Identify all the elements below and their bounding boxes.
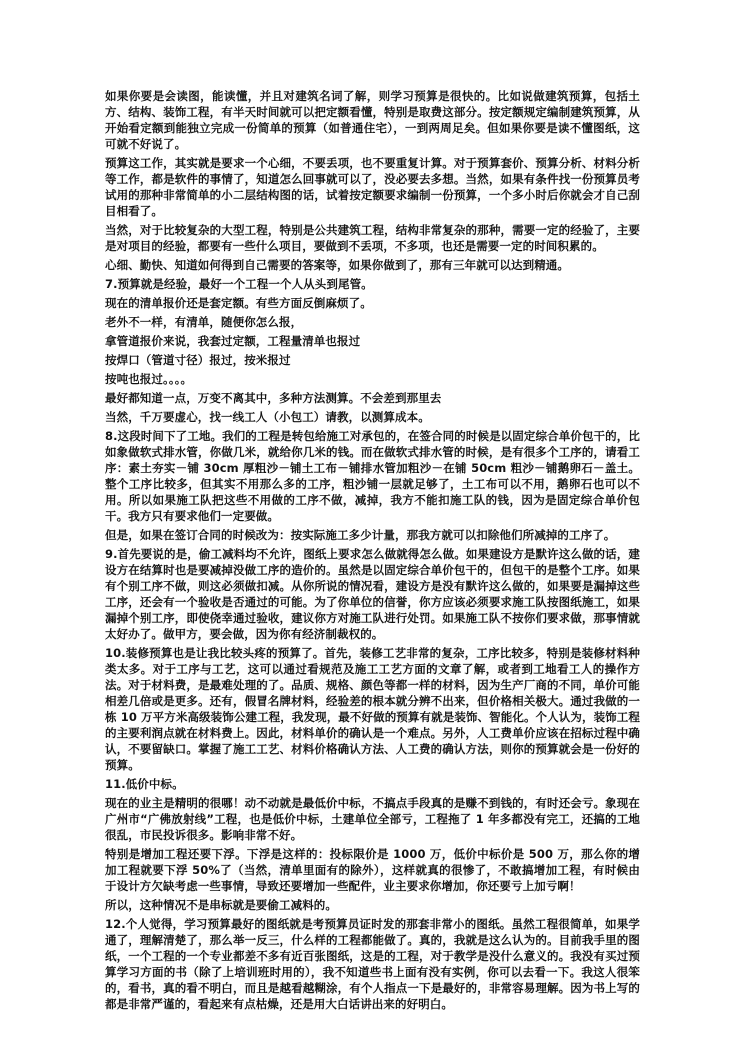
paragraph: 心细、勤快、知道如何得到自己需要的答案等，如果你做到了，那有三年就可以达到精通。: [105, 257, 640, 273]
paragraph: 现在的清单报价还是套定额。有些方面反倒麻烦了。: [105, 295, 640, 311]
paragraph: 如果你要是会读图，能读懂，并且对建筑名词了解，则学习预算是很快的。比如说做建筑预…: [105, 88, 640, 152]
paragraph: 所以，这种情况不是串标就是要偷工减料的。: [105, 897, 640, 913]
paragraph: 9.首先要说的是，偷工减料均不允许，图纸上要求怎么做就得怎么做。如果建设方是默许…: [105, 546, 640, 642]
paragraph: 11.低价中标。: [105, 776, 640, 792]
paragraph: 当然，对于比较复杂的大型工程，特别是公共建筑工程，结构非常复杂的那种，需要一定的…: [105, 222, 640, 254]
document-page: 如果你要是会读图，能读懂，并且对建筑名词了解，则学习预算是很快的。比如说做建筑预…: [0, 0, 744, 1052]
paragraph: 按焊口（管道寸径）报过，按米报过: [105, 352, 640, 368]
paragraph: 现在的业主是精明的很哪！动不动就是最低价中标，不搞点手段真的是赚不到钱的，有时还…: [105, 795, 640, 843]
paragraph: 当然，千万要虚心，找一线工人（小包工）请教，以测算成本。: [105, 409, 640, 425]
paragraph: 12.个人觉得，学习预算最好的图纸就是考预算员证时发的那套非常小的图纸。虽然工程…: [105, 916, 640, 1012]
paragraph: 但是，如果在签订合同的时候改为：按实际施工多少计量，那我方就可以扣除他们所减掉的…: [105, 527, 640, 543]
paragraph: 老外不一样，有清单，随便你怎么报，: [105, 314, 640, 330]
paragraph: 10.装修预算也是让我比较头疼的预算了。首先，装修工艺非常的复杂，工序比较多，特…: [105, 645, 640, 773]
paragraph: 特别是增加工程还要下浮。下浮是这样的：投标限价是 1000 万，低价中标价是 5…: [105, 846, 640, 894]
paragraph: 8.这段时间下了工地。我们的工程是转包给施工对承包的，在签合同的时候是以固定综合…: [105, 428, 640, 524]
paragraph: 最好都知道一点，万变不离其中，多种方法测算。不会差到那里去: [105, 390, 640, 406]
document-body: 如果你要是会读图，能读懂，并且对建筑名词了解，则学习预算是很快的。比如说做建筑预…: [105, 88, 640, 1015]
paragraph: 预算这工作，其实就是要求一个心细，不要丢项，也不要重复计算。对于预算套价、预算分…: [105, 155, 640, 219]
paragraph: 按吨也报过。。。。: [105, 371, 640, 387]
paragraph: 7.预算就是经验，最好一个工程一个人从头到尾管。: [105, 276, 640, 292]
paragraph: 拿管道报价来说，我套过定额，工程量清单也报过: [105, 333, 640, 349]
